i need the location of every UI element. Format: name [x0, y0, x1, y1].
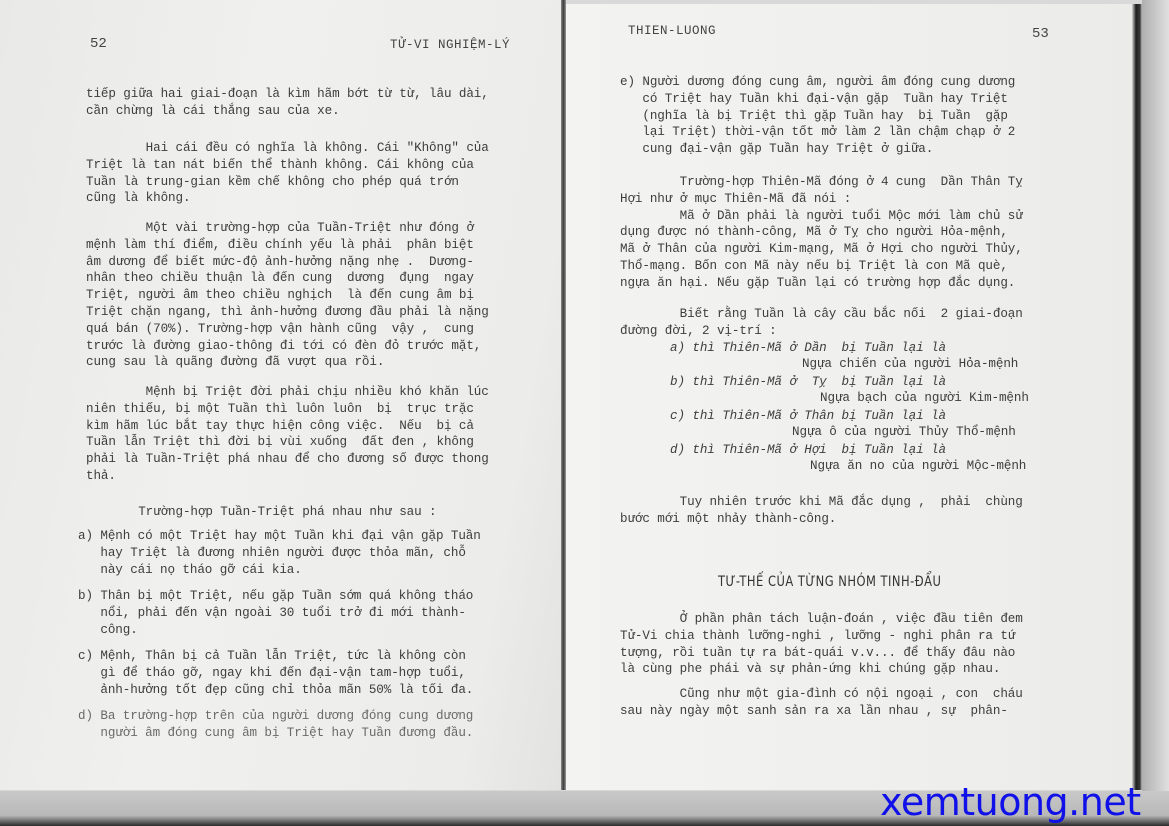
horse-result: Ngựa ăn no của người Mộc-mệnh	[810, 458, 1026, 475]
scanner-margin	[1142, 0, 1169, 791]
list-item: a) Mệnh có một Triệt hay một Tuần khi đạ…	[78, 528, 481, 578]
page-number: 52	[90, 36, 107, 52]
list-item: c) Mệnh, Thân bị cả Tuần lẫn Triệt, tức …	[78, 648, 473, 698]
watermark: xemtuong.net	[880, 780, 1141, 824]
paragraph: Cũng như một gia-đình có nội ngoại , con…	[620, 686, 1023, 720]
paragraph: Tuy nhiên trước khi Mã đắc dụng , phải c…	[620, 494, 1023, 528]
paragraph: Một vài trường-hợp của Tuần-Triệt như đó…	[86, 220, 489, 371]
section-title: TƯ-THẾ CỦA TỪNG NHÓM TINH-ĐẨU	[718, 574, 941, 590]
running-head: TỬ-VI NGHIỆM-LÝ	[390, 38, 510, 52]
page-edge	[1132, 4, 1142, 790]
running-head: THIEN-LUONG	[628, 24, 716, 38]
paragraph: Hai cái đều có nghĩa là không. Cái "Khôn…	[86, 140, 489, 207]
horse-condition: b) thì Thiên-Mã ở Tỵ bị Tuần lại là	[670, 374, 946, 391]
list-item: d) Ba trường-hợp trên của người dương đó…	[78, 708, 473, 742]
paragraph: Trường-hợp Thiên-Mã đóng ở 4 cung Dần Th…	[620, 174, 1023, 292]
paragraph: tiếp giữa hai giai-đoạn là kìm hãm bớt t…	[86, 86, 489, 120]
page-number: 53	[1032, 26, 1049, 42]
horse-result: Ngựa ô của người Thủy Thổ-mệnh	[792, 424, 1016, 441]
horse-result: Ngựa bạch của người Kim-mệnh	[820, 390, 1029, 407]
horse-condition: a) thì Thiên-Mã ở Dần bị Tuần lại là	[670, 340, 946, 357]
paragraph: Mệnh bị Triệt đời phải chịu nhiều khó kh…	[86, 384, 489, 485]
paragraph: Trường-hợp Tuần-Triệt phá nhau như sau :	[86, 504, 437, 521]
list-item: e) Người dương đóng cung âm, người âm đó…	[620, 74, 1015, 158]
paragraph: Ở phần phân tách luận-đoán , việc đầu ti…	[620, 611, 1023, 678]
right-page: THIEN-LUONG 53 e) Người dương đóng cung …	[566, 4, 1132, 790]
horse-condition: c) thì Thiên-Mã ở Thân bị Tuần lại là	[670, 408, 946, 425]
horse-condition: d) thì Thiên-Mã ở Hợi bị Tuần lại là	[670, 442, 946, 459]
left-page: 52 TỬ-VI NGHIỆM-LÝ tiếp giữa hai giai-đo…	[0, 0, 562, 790]
list-item: b) Thân bị một Triệt, nếu gặp Tuần sớm q…	[78, 588, 473, 638]
paragraph: Biết rằng Tuần là cây cầu bắc nối 2 giai…	[620, 306, 1023, 340]
horse-result: Ngựa chiến của người Hỏa-mệnh	[802, 356, 1018, 373]
